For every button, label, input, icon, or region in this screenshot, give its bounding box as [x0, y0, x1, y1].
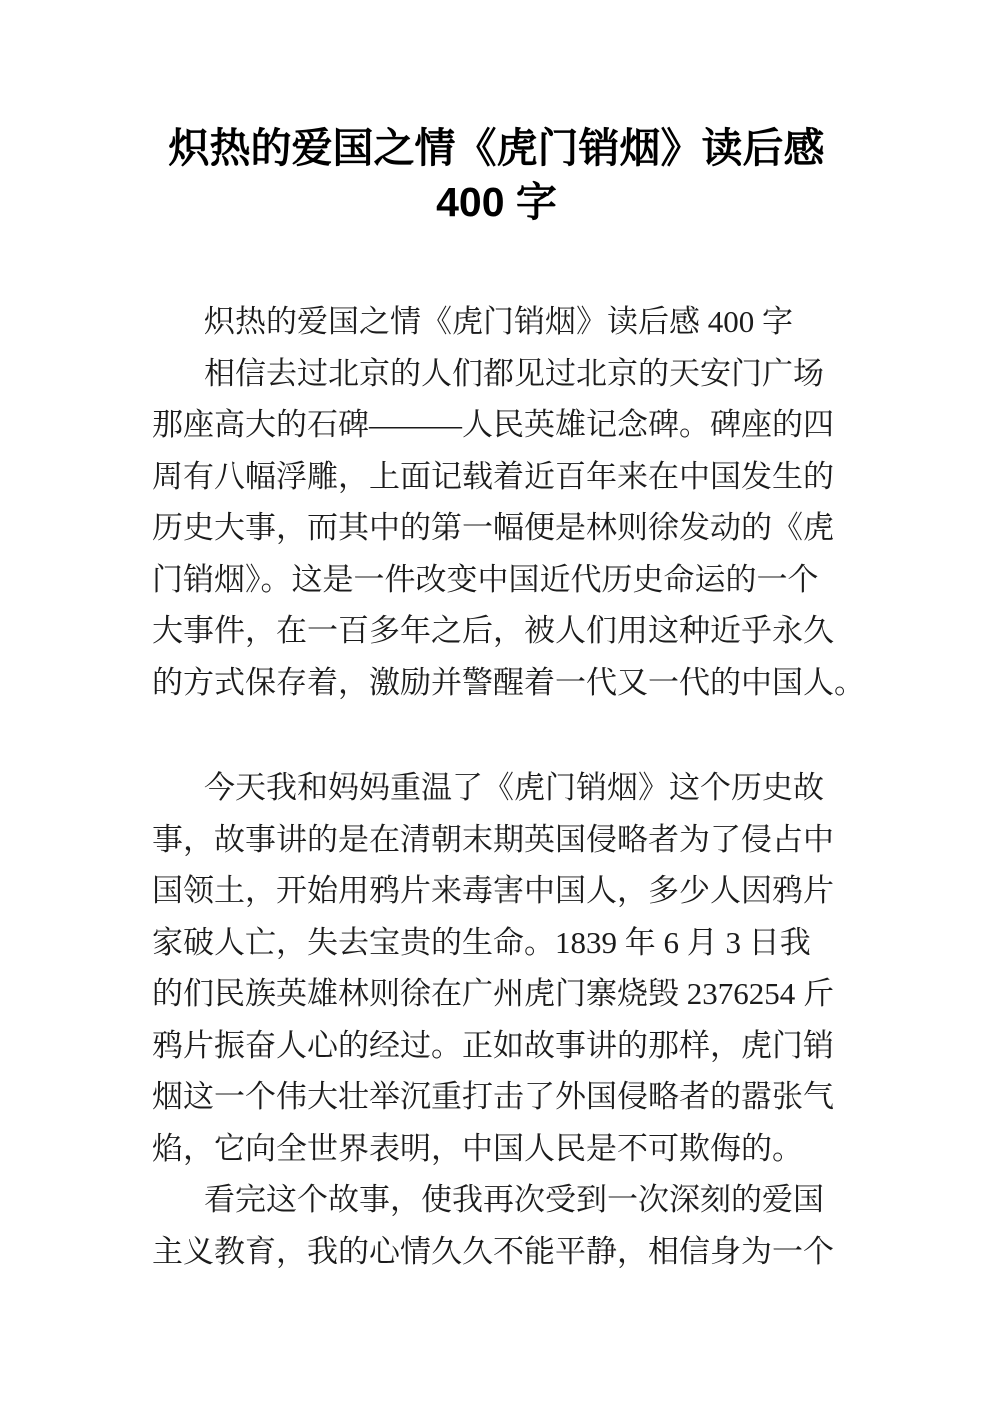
document-title: 炽热的爱国之情《虎门销烟》读后感 400 字 [147, 121, 847, 229]
document-page: 炽热的爱国之情《虎门销烟》读后感 400 字 炽热的爱国之情《虎门销烟》读后感 … [0, 0, 993, 1404]
document-body: 炽热的爱国之情《虎门销烟》读后感 400 字 相信去过北京的人们都见过北京的天安… [152, 296, 902, 1277]
blank-line [152, 708, 902, 762]
paragraph-repeated-title: 炽热的爱国之情《虎门销烟》读后感 400 字 [152, 296, 902, 348]
paragraph-story-retelling: 今天我和妈妈重温了《虎门销烟》这个历史故 事，故事讲的是在清朝末期英国侵略者为了… [152, 762, 902, 1174]
paragraph-intro-monument: 相信去过北京的人们都见过北京的天安门广场 那座高大的石碑———人民英雄记念碑。碑… [152, 348, 902, 709]
paragraph-reflection: 看完这个故事，使我再次受到一次深刻的爱国 主义教育，我的心情久久不能平静，相信身… [152, 1174, 902, 1277]
